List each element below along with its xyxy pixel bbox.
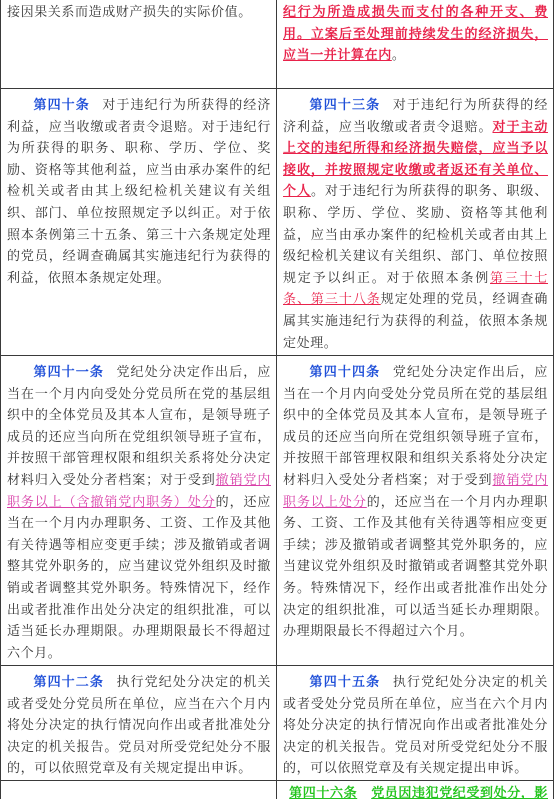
new-article-title: 第四十六条 xyxy=(289,786,357,799)
article-title: 第四十二条 xyxy=(33,675,104,690)
table-row: 第四十条对于违纪行为所获得的经济利益，应当收缴或者责令退赔。对于违纪行为所获得的… xyxy=(1,89,554,356)
table-row: 接因果关系而造成财产损失的实际价值。 纪行为所造成损失而支付的各种开支、费用。立… xyxy=(1,0,554,89)
old-text-cell: 接因果关系而造成财产损失的实际价值。 xyxy=(1,0,277,89)
regulation-comparison-table: 接因果关系而造成财产损失的实际价值。 纪行为所造成损失而支付的各种开支、费用。立… xyxy=(0,0,554,799)
article-title: 第四十条 xyxy=(33,98,90,113)
article-body: 党纪处分决定作出后，应当在一个月内向受处分党员所在党的基层组织中的全体党员及其本… xyxy=(7,365,271,488)
article-title: 第四十五条 xyxy=(309,675,380,690)
article-body: 的，还应当在一个月内办理职务、工资、工作及其他有关待遇等相应变更手续；涉及撤销或… xyxy=(7,495,271,661)
old-text-cell-empty xyxy=(1,780,277,799)
article-title: 第四十一条 xyxy=(33,365,104,380)
old-text: 接因果关系而造成财产损失的实际价值。 xyxy=(7,5,252,20)
new-article-44: 第四十四条党纪处分决定作出后，应当在一个月内向受处分党员所在党的基层组织中的全体… xyxy=(277,356,554,666)
new-article-45: 第四十五条执行党纪处分决定的机关或者受处分党员所在单位，应当在六个月内将处分决定… xyxy=(277,666,554,781)
article-body: 党纪处分决定作出后，应当在一个月内向受处分党员所在党的基层组织中的全体党员及其本… xyxy=(283,365,548,488)
article-title: 第四十四条 xyxy=(309,365,380,380)
article-body: 执行党纪处分决定的机关或者受处分党员所在单位，应当在六个月内将处分决定的执行情况… xyxy=(7,675,271,776)
old-article-42: 第四十二条执行党纪处分决定的机关或者受处分党员所在单位，应当在六个月内将处分决定… xyxy=(1,666,277,781)
old-article-41: 第四十一条党纪处分决定作出后，应当在一个月内向受处分党员所在党的基层组织中的全体… xyxy=(1,356,277,666)
new-text-cell: 纪行为所造成损失而支付的各种开支、费用。立案后至处理前持续发生的经济损失，应当一… xyxy=(277,0,554,89)
table-row: 第四十二条执行党纪处分决定的机关或者受处分党员所在单位，应当在六个月内将处分决定… xyxy=(1,666,554,781)
article-title: 第四十三条 xyxy=(309,98,380,113)
new-article-body: 党员因违犯党纪受到处分，影 xyxy=(371,786,548,799)
inserted-text: 纪行为所造成损失而支付的各种开支、费用。立案后至处理前持续发生的经济损失，应当一… xyxy=(283,5,548,63)
article-body: 执行党纪处分决定的机关或者受处分党员所在单位，应当在六个月内将处分决定的执行情况… xyxy=(283,675,548,776)
old-article-40: 第四十条对于违纪行为所获得的经济利益，应当收缴或者责令退赔。对于违纪行为所获得的… xyxy=(1,89,277,356)
new-text: 。 xyxy=(392,48,406,63)
article-body: 对于违纪行为所获得的经济利益，应当收缴或者责令退赔。对于违纪行为所获得的职务、职… xyxy=(7,98,271,286)
new-article-46: 第四十六条党员因违犯党纪受到处分，影 xyxy=(277,780,554,799)
table-row: 第四十一条党纪处分决定作出后，应当在一个月内向受处分党员所在党的基层组织中的全体… xyxy=(1,356,554,666)
article-body: 的，还应当在一个月内办理职务、工资、工作及其他有关待遇等相应变更手续；涉及撤销或… xyxy=(283,495,548,640)
new-article-43: 第四十三条对于违纪行为所获得的经济利益，应当收缴或者责令退赔。对于主动上交的违纪… xyxy=(277,89,554,356)
table-row: 第四十六条党员因违犯党纪受到处分，影 xyxy=(1,780,554,799)
